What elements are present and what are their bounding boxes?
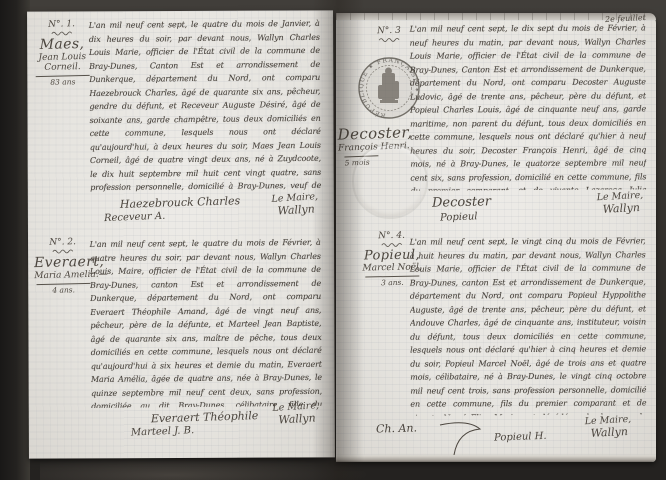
act1-body-text: L'an mil neuf cent sept, le quatre du mo… — [89, 17, 322, 194]
book-spine — [0, 0, 30, 480]
act2-given-names: Maria Amelia.— — [34, 270, 92, 281]
act1-number: N°. 1. — [32, 19, 90, 30]
register-photo: N°. 1. Maes, Jean Louis Corneil. 83 ans … — [0, 0, 666, 480]
mayor-name: Wallyn — [272, 202, 315, 217]
act1-margin: N°. 1. Maes, Jean Louis Corneil. 83 ans — [32, 19, 91, 87]
act1-given-names: Corneil. — [33, 62, 91, 73]
act4-signature-declarant1: Ch. An. — [376, 421, 417, 435]
mayor-name: Wallyn — [597, 201, 640, 216]
mayor-name: Wallyn — [585, 425, 628, 440]
act1-surname: Maes, — [33, 36, 91, 53]
act1-age: 83 ans — [34, 77, 92, 87]
flourish-icon — [381, 242, 403, 247]
act4-body-text: L'an mil neuf cent sept, le vingt cinq d… — [410, 234, 647, 415]
signature-flourish — [438, 421, 484, 455]
act1-signature-mayor: Le Maire, Wallyn — [272, 191, 320, 218]
flourish-icon — [378, 37, 400, 42]
flourish-icon — [52, 248, 74, 253]
left-page: N°. 1. Maes, Jean Louis Corneil. 83 ans … — [27, 10, 335, 458]
table-surface — [40, 455, 370, 480]
act3-body-text: L'an mil neuf cent sept, le dix sept du … — [410, 21, 647, 190]
right-page: 2e feuillet N°. 3 RÉPUBLIQUE ✶ FRANÇAISE… — [336, 13, 656, 462]
act2-age: 4 ans. — [35, 285, 93, 295]
act2-body-text: L'an mil neuf cent sept, le quatre du mo… — [90, 236, 323, 408]
act2-number: N°. 2. — [34, 237, 92, 248]
act4-signature-mayor: Le Maire, Wallyn — [585, 414, 633, 440]
act2-margin: N°. 2. Everaert, Maria Amelia.— 4 ans. — [34, 237, 93, 295]
act3-signature-mayor: Le Maire, Wallyn — [597, 190, 645, 216]
act2-surname: Everaert, — [34, 254, 92, 271]
act2-signature-mayor: Le Maire, Wallyn — [273, 400, 321, 427]
act3-signatures: Decoster Popieul Le Maire, Wallyn — [410, 193, 646, 229]
flourish-icon — [51, 30, 73, 35]
act1-signatures: Haezebrouck Charles Receveur A. Le Maire… — [90, 194, 321, 229]
act2-signatures: Everaert Théophile Marteel J. B. Le Mair… — [91, 409, 322, 444]
act4-signatures: Ch. An. Popieul H. Le Maire, Wallyn — [376, 417, 646, 457]
mayor-name: Wallyn — [273, 411, 316, 426]
act1-given-names: Jean Louis — [33, 52, 91, 63]
